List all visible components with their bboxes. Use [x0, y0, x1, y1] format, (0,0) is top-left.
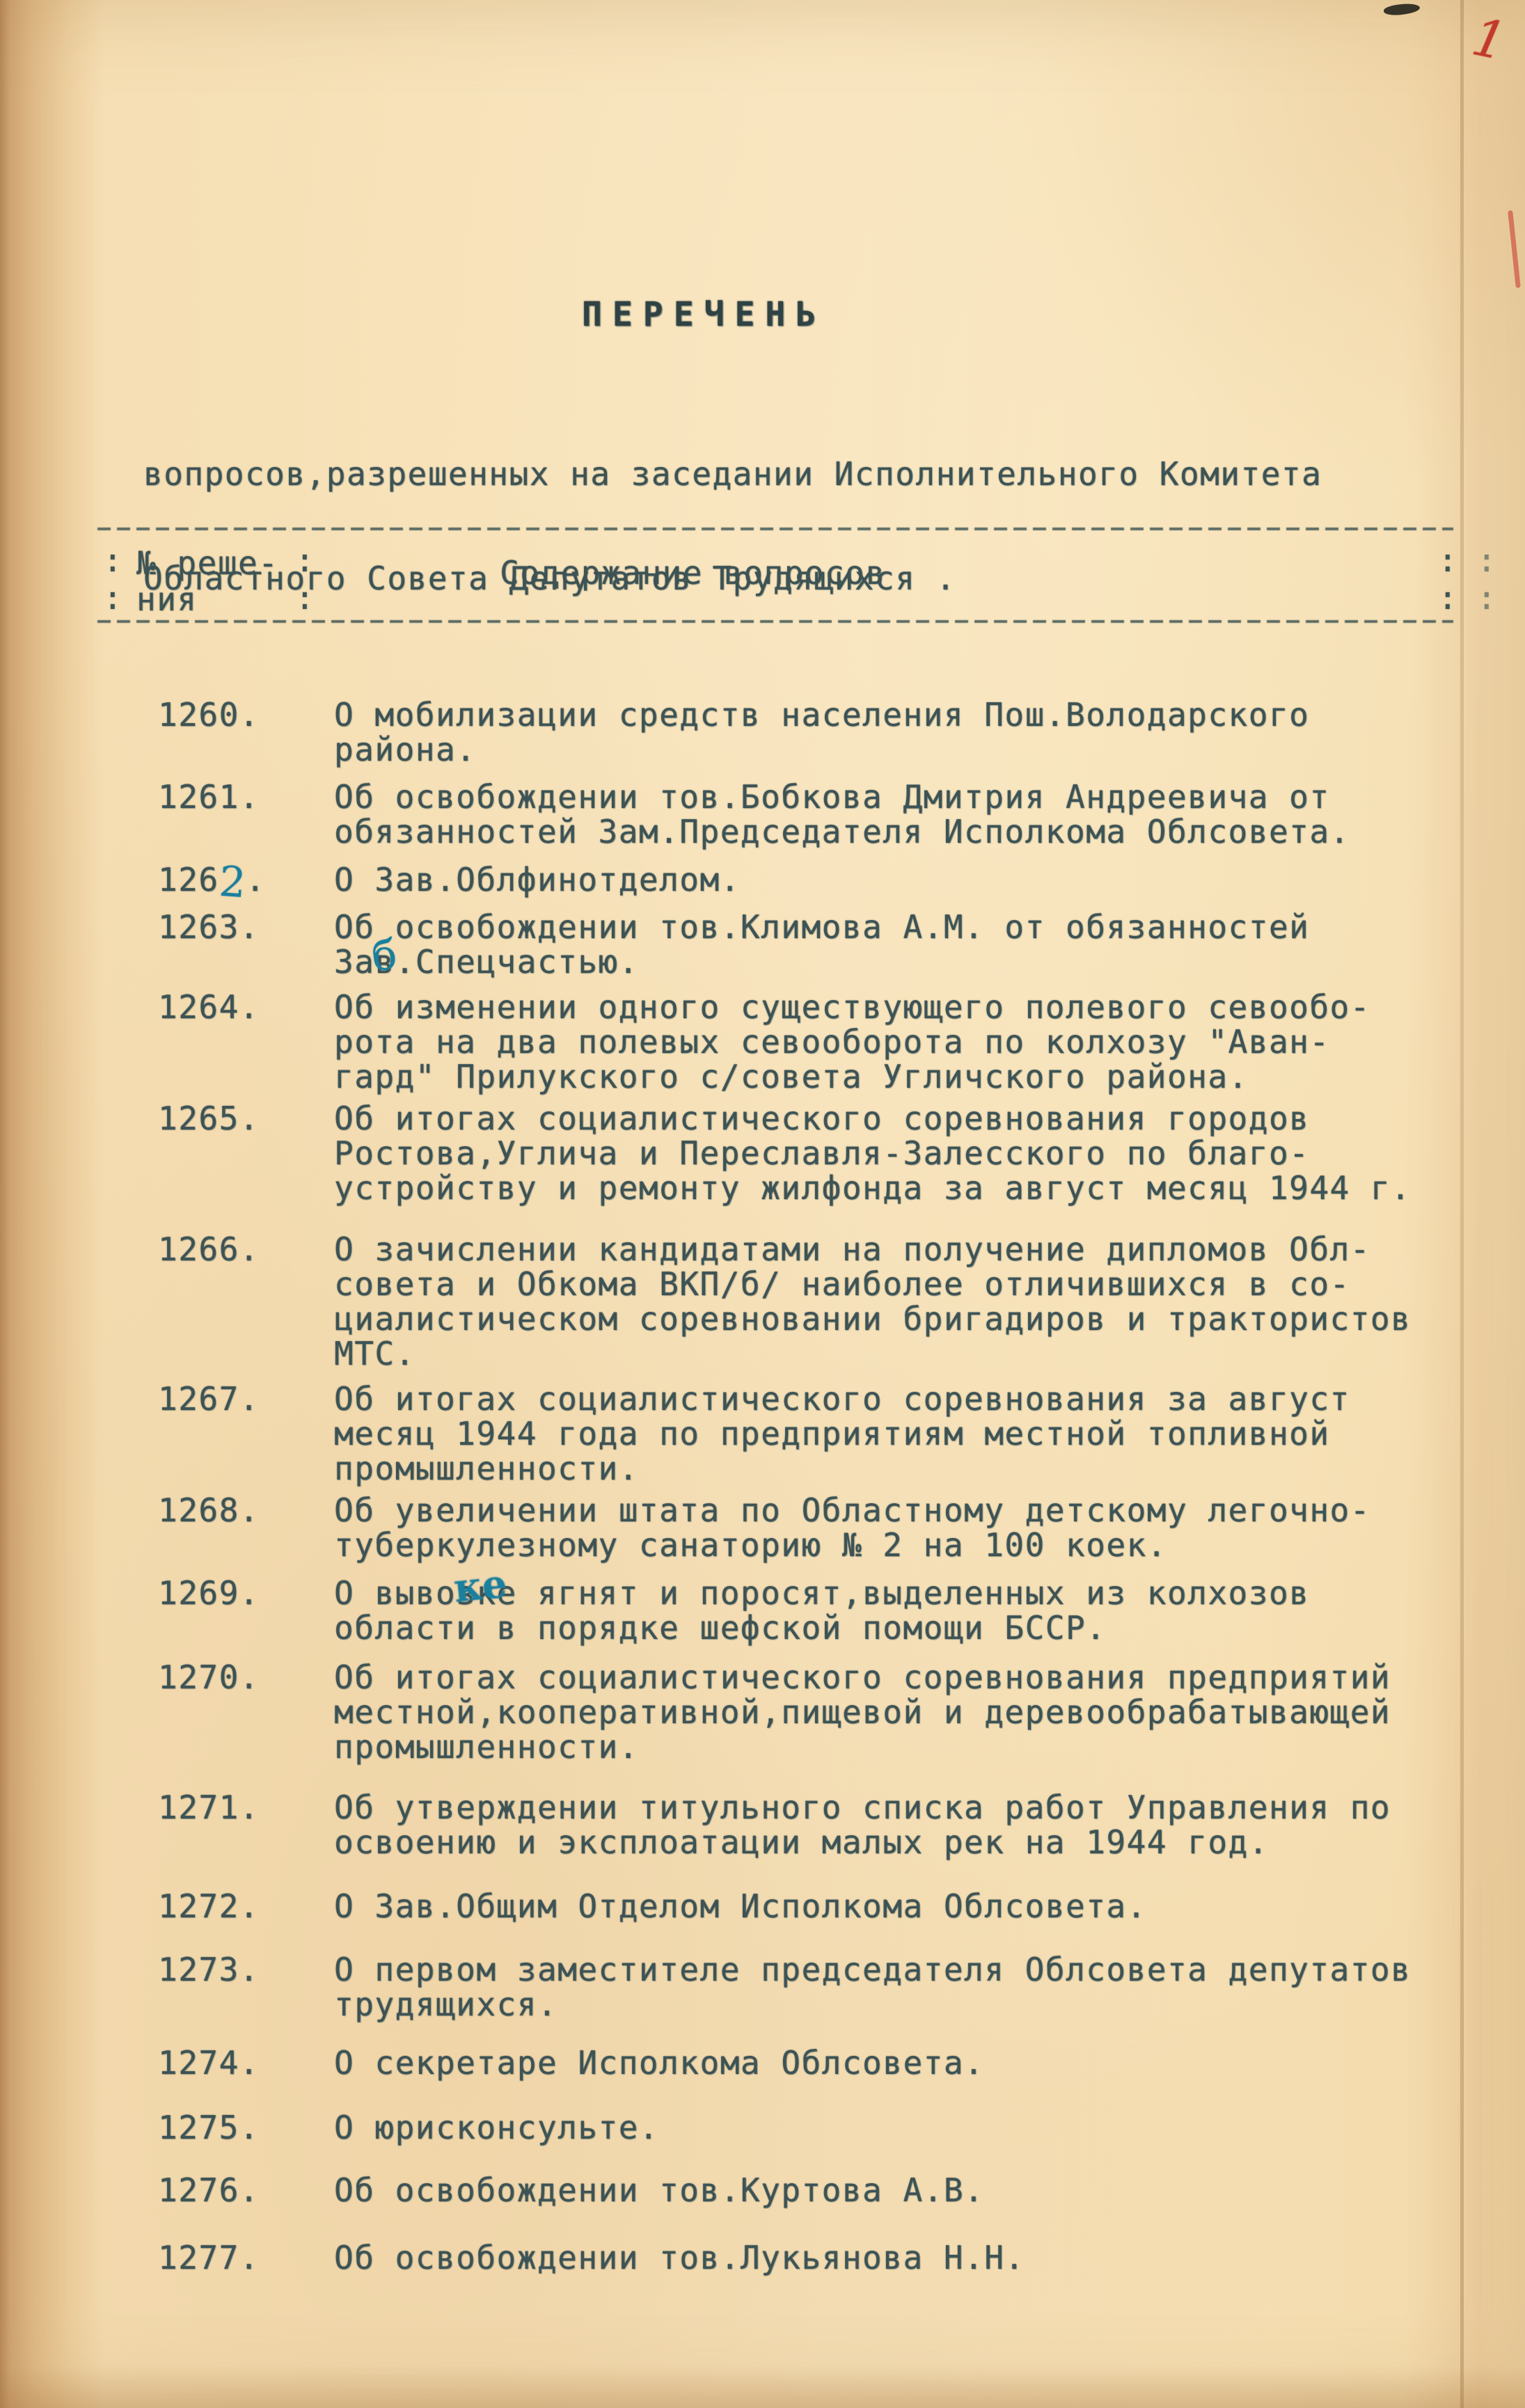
ink-smudge — [1383, 2, 1420, 17]
handwritten-letter-correction: б — [370, 930, 399, 981]
column-separator: : — [1438, 541, 1457, 579]
entry-lines: О секретаре Исполкома Облсовета. — [334, 2044, 1476, 2079]
entry-line: области в порядке шефской помощи БССР. — [334, 1609, 1476, 1644]
entry-number: 1260. — [158, 696, 260, 734]
entry-line: района. — [334, 731, 1476, 766]
entry-number: 1269. — [158, 1574, 260, 1612]
column-header-number-line2: ния — [136, 580, 198, 618]
entry-number: 1261. — [158, 778, 260, 816]
entry-lines: Об итогах социалистического соревнования… — [334, 1100, 1476, 1204]
entry-line: Ростова,Углича и Переславля-Залесского п… — [334, 1134, 1476, 1169]
handwritten-digit: 2 — [219, 875, 246, 891]
entry-number: 1277. — [158, 2239, 260, 2276]
handwritten-scribble: ке — [452, 1560, 509, 1612]
entry-lines: Об утверждении титульного списка работ У… — [334, 1789, 1476, 1858]
entry-lines: Об освобождении тов.Куртова А.В. — [334, 2171, 1476, 2206]
table-border-bottom — [97, 620, 1453, 623]
entry-lines: Об итогах социалистического соревнования… — [334, 1380, 1476, 1484]
entry-line: промышленности. — [334, 1728, 1476, 1763]
column-separator: : — [295, 541, 315, 579]
entry-line: трудящихся. — [334, 1986, 1476, 2020]
entry-line: О зачислении кандидатами на получение ди… — [334, 1230, 1476, 1265]
entry-line: МТС. — [334, 1335, 1476, 1370]
entry-line: Об увеличении штата по Областному детско… — [334, 1491, 1476, 1526]
entry-line: Об освобождении тов.Бобкова Дмитрия Андр… — [334, 778, 1476, 813]
entry-line: Об утверждении титульного списка работ У… — [334, 1789, 1476, 1823]
entry-number: 1268. — [158, 1491, 260, 1529]
document-title: ПЕРЕЧЕНЬ — [582, 295, 826, 334]
entry-lines: Об изменении одного существующего полево… — [334, 988, 1476, 1093]
entry-line: О мобилизации средств населения Пош.Воло… — [334, 696, 1476, 731]
entry-line: О секретаре Исполкома Облсовета. — [334, 2044, 1476, 2079]
column-header-content: Содержание вопросов — [500, 554, 886, 592]
entry-line: Об итогах социалистического соревнования… — [334, 1380, 1476, 1415]
entry-lines: О зачислении кандидатами на получение ди… — [334, 1230, 1476, 1370]
entry-line: циалистическом соревновании бригадиров и… — [334, 1300, 1476, 1335]
entry-line: Об освобождении тов.Лукьянова Н.Н. — [334, 2239, 1476, 2274]
entry-line: Об итогах социалистического соревнования… — [334, 1100, 1476, 1134]
column-separator: : — [103, 579, 123, 617]
entry-number: 1263. — [158, 908, 260, 946]
entry-number: 1270. — [158, 1658, 260, 1696]
entry-line: Об итогах социалистического соревнования… — [334, 1658, 1476, 1693]
page-bottom-shadow — [0, 2366, 1525, 2408]
entry-line: Об освобождении тов.Климова А.М. от обяз… — [334, 908, 1476, 943]
handwritten-page-number: 1 — [1467, 7, 1512, 72]
entry-line: освоению и эксплоатации малых рек на 194… — [334, 1823, 1476, 1858]
entry-line: О Зав.Облфинотделом. — [334, 861, 1476, 896]
entry-number: 1273. — [158, 1951, 260, 1988]
entry-line: О Зав.Общим Отделом Исполкома Облсовета. — [334, 1887, 1476, 1922]
entry-line: туберкулезному санаторию № 2 на 100 коек… — [334, 1526, 1476, 1561]
entry-line: Зав.Спецчастью. — [334, 943, 1476, 978]
entry-lines: О Зав.Общим Отделом Исполкома Облсовета. — [334, 1887, 1476, 1922]
subtitle-line: вопросов,разрешенных на заседании Исполн… — [143, 457, 1322, 491]
entry-lines: О Зав.Облфинотделом. — [334, 861, 1476, 896]
entry-line: обязанностей Зам.Председателя Исполкома … — [334, 813, 1476, 848]
column-separator: : — [295, 579, 315, 617]
entry-number: 1266. — [158, 1230, 260, 1268]
document-subtitle: вопросов,разрешенных на заседании Исполн… — [143, 387, 1322, 665]
entry-number: 1264. — [158, 988, 260, 1026]
entry-line: местной,кооперативной,пищевой и деревооб… — [334, 1693, 1476, 1728]
entry-line: О первом заместителе председателя Облсов… — [334, 1951, 1476, 1986]
entry-number: 1267. — [158, 1380, 260, 1418]
entry-line: устройству и ремонту жилфонда за август … — [334, 1169, 1476, 1204]
entry-line: О юрисконсульте. — [334, 2109, 1476, 2144]
entry-lines: Об освобождении тов.Климова А.М. от обяз… — [334, 908, 1476, 978]
red-pencil-mark — [1508, 210, 1521, 288]
entry-line: Об изменении одного существующего полево… — [334, 988, 1476, 1023]
entry-number: 1274. — [158, 2044, 260, 2082]
column-header-number: № реше- — [136, 544, 278, 582]
entry-number: 1262. — [158, 861, 266, 898]
column-separator: : — [1477, 541, 1496, 579]
column-separator: : — [103, 541, 123, 579]
entry-lines: Об освобождении тов.Лукьянова Н.Н. — [334, 2239, 1476, 2274]
entry-number: 1265. — [158, 1100, 260, 1137]
entry-line: Об освобождении тов.Куртова А.В. — [334, 2171, 1476, 2206]
entry-number: 1276. — [158, 2171, 260, 2209]
column-separator: : — [1477, 579, 1496, 617]
entry-number: 1271. — [158, 1789, 260, 1826]
entry-line: промышленности. — [334, 1450, 1476, 1484]
entry-line: совета и Обкома ВКП/б/ наиболее отличивш… — [334, 1265, 1476, 1300]
entry-lines: Об итогах социалистического соревнования… — [334, 1658, 1476, 1763]
scanned-document-page: 1 ПЕРЕЧЕНЬ вопросов,разрешенных на засед… — [0, 0, 1525, 2408]
entry-number: 1275. — [158, 2109, 260, 2146]
column-separator: : — [1438, 579, 1457, 617]
entry-line: рота на два полевых севооборота по колхо… — [334, 1023, 1476, 1058]
table-border-top — [97, 528, 1453, 530]
entry-lines: Об освобождении тов.Бобкова Дмитрия Андр… — [334, 778, 1476, 848]
entry-lines: О первом заместителе председателя Облсов… — [334, 1951, 1476, 2020]
entry-lines: О юрисконсульте. — [334, 2109, 1476, 2144]
entry-number: 1272. — [158, 1887, 260, 1925]
entry-line: гард" Прилукского с/совета Угличского ра… — [334, 1058, 1476, 1093]
entry-lines: О мобилизации средств населения Пош.Воло… — [334, 696, 1476, 766]
entry-line: месяц 1944 года по предприятиям местной … — [334, 1415, 1476, 1450]
entry-lines: Об увеличении штата по Областному детско… — [334, 1491, 1476, 1561]
